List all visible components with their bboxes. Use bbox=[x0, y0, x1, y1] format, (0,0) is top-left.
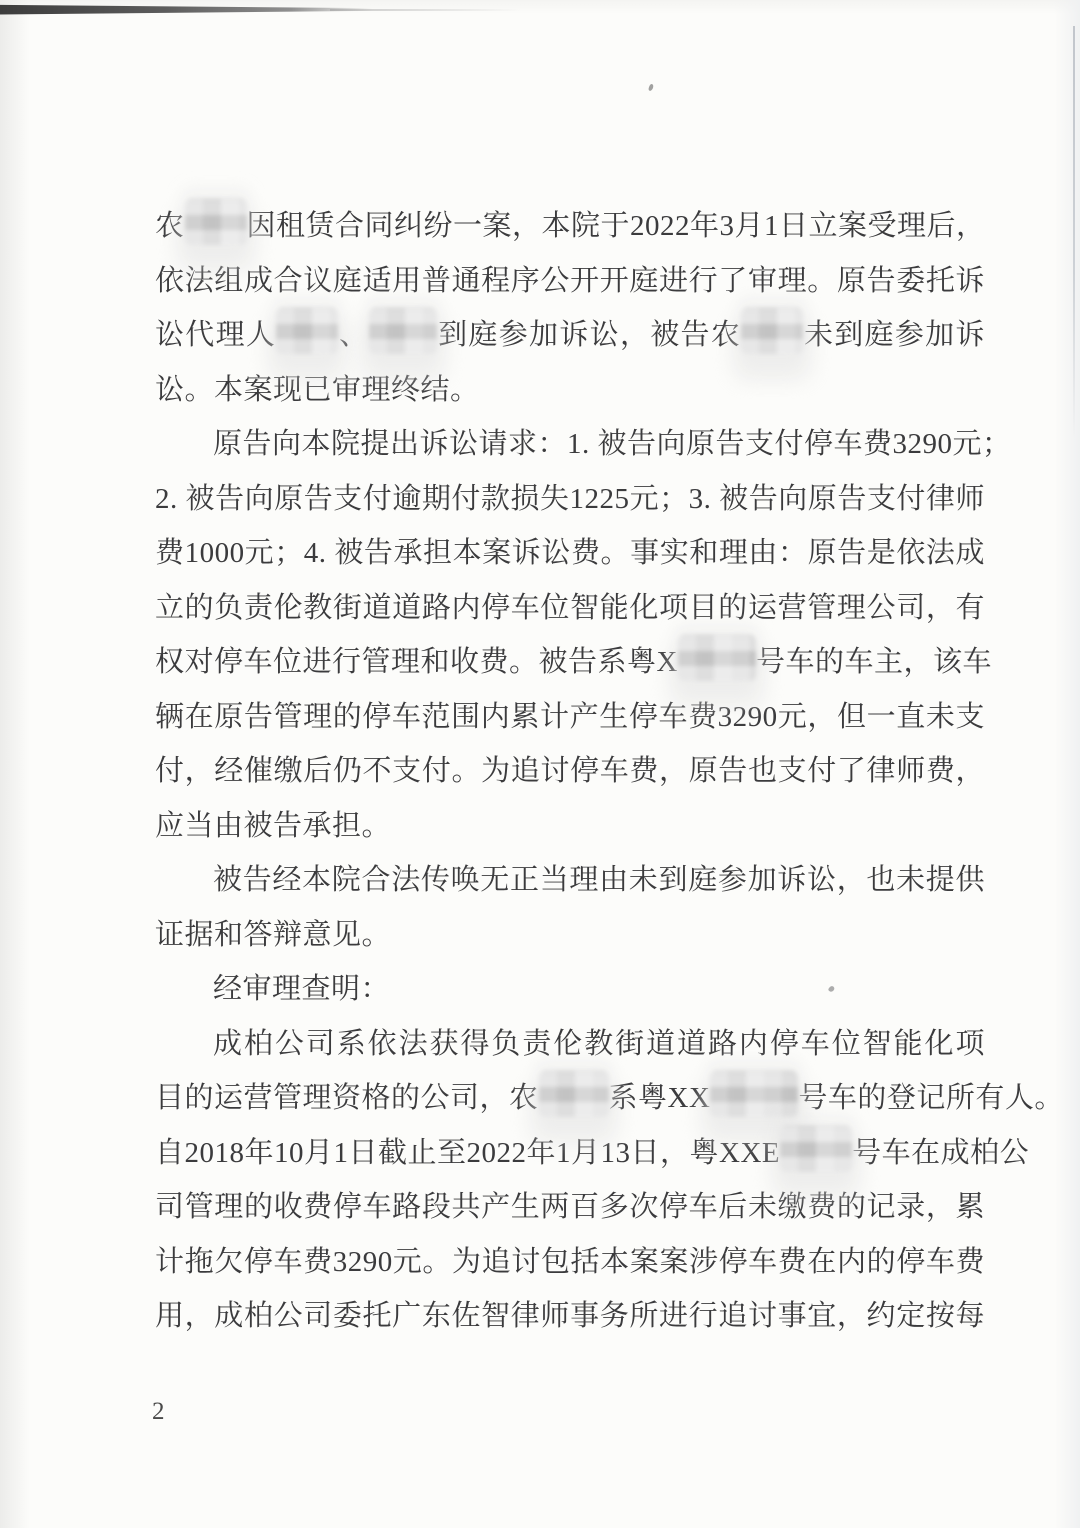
text-segment: 讼。本案现已审理终结。 bbox=[155, 374, 480, 406]
text-segment: 因租赁合同纠纷一案，本院于2022年3月1日立案受理后， bbox=[247, 210, 986, 242]
document-body: 农因租赁合同纠纷一案，本院于2022年3月1日立案受理后，依法组成合议庭适用普通… bbox=[155, 199, 985, 1344]
text-line: 司管理的收费停车路段共产生两百多次停车后未缴费的记录，累 bbox=[155, 1180, 985, 1235]
text-segment: 原告向本院提出诉讼请求：1. 被告向原告支付停车费3290元； bbox=[213, 428, 1012, 460]
text-segment: 权对停车位进行管理和收费。被告系粤X bbox=[155, 646, 678, 678]
text-line: 权对停车位进行管理和收费。被告系粤X号车的车主，该车 bbox=[155, 635, 985, 690]
text-line: 农因租赁合同纠纷一案，本院于2022年3月1日立案受理后， bbox=[155, 199, 985, 254]
text-segment: 依法组成合议庭适用普通程序公开开庭进行了审理。原告委托诉 bbox=[155, 265, 985, 297]
redaction-blur bbox=[780, 1126, 852, 1172]
redaction-blur bbox=[741, 308, 803, 354]
text-segment: 到庭参加诉讼，被告农 bbox=[437, 319, 741, 351]
text-line: 被告经本院合法传唤无正当理由未到庭参加诉讼，也未提供 bbox=[155, 853, 985, 908]
text-segment: 自2018年10月1日截止至2022年1月13日，粤XXE bbox=[155, 1137, 780, 1169]
redaction-blur bbox=[539, 1071, 609, 1117]
text-segment: 辆在原告管理的停车范围内累计产生停车费3290元，但一直未支 bbox=[155, 701, 985, 733]
text-segment: 号车在成柏公 bbox=[852, 1137, 1029, 1169]
text-segment: 农 bbox=[155, 210, 185, 242]
redaction-blur bbox=[710, 1071, 798, 1117]
text-line: 成柏公司系依法获得负责伦教街道道路内停车位智能化项 bbox=[155, 1017, 985, 1072]
text-segment: 成柏公司系依法获得负责伦教街道道路内停车位智能化项 bbox=[213, 1028, 985, 1060]
text-segment: 计拖欠停车费3290元。为追讨包括本案案涉停车费在内的停车费 bbox=[155, 1246, 985, 1278]
text-segment: 被告经本院合法传唤无正当理由未到庭参加诉讼，也未提供 bbox=[213, 864, 985, 896]
redaction-blur bbox=[276, 308, 338, 354]
document-page: 农因租赁合同纠纷一案，本院于2022年3月1日立案受理后，依法组成合议庭适用普通… bbox=[0, 0, 1080, 1528]
text-segment: 目的运营管理资格的公司，农 bbox=[155, 1082, 539, 1114]
text-segment: 讼代理人 bbox=[155, 319, 276, 351]
text-segment: 立的负责伦教街道道路内停车位智能化项目的运营管理公司，有 bbox=[155, 592, 985, 624]
text-segment: 证据和答辩意见。 bbox=[155, 919, 391, 951]
text-line: 证据和答辩意见。 bbox=[155, 908, 985, 963]
text-segment: 付，经催缴后仍不支付。为追讨停车费，原告也支付了律师费， bbox=[155, 755, 985, 787]
text-line: 自2018年10月1日截止至2022年1月13日，粤XXE号车在成柏公 bbox=[155, 1126, 985, 1181]
text-line: 费1000元；4. 被告承担本案诉讼费。事实和理由：原告是依法成 bbox=[155, 526, 985, 581]
redaction-blur bbox=[185, 199, 247, 245]
text-line: 付，经催缴后仍不支付。为追讨停车费，原告也支付了律师费， bbox=[155, 744, 985, 799]
text-line: 辆在原告管理的停车范围内累计产生停车费3290元，但一直未支 bbox=[155, 690, 985, 745]
text-line: 依法组成合议庭适用普通程序公开开庭进行了审理。原告委托诉 bbox=[155, 254, 985, 309]
text-segment: 应当由被告承担。 bbox=[155, 810, 391, 842]
redaction-blur bbox=[369, 308, 437, 354]
text-line: 应当由被告承担。 bbox=[155, 799, 985, 854]
text-segment: 号车的车主，该车 bbox=[756, 646, 992, 678]
page-number: 2 bbox=[152, 1398, 165, 1426]
text-line: 经审理查明： bbox=[155, 962, 985, 1017]
text-segment: 号车的登记所有人。 bbox=[798, 1082, 1064, 1114]
text-line: 用，成柏公司委托广东佐智律师事务所进行追讨事宜，约定按每 bbox=[155, 1289, 985, 1344]
scan-artifact-right-edge-line bbox=[1073, 26, 1075, 438]
text-line: 2. 被告向原告支付逾期付款损失1225元；3. 被告向原告支付律师 bbox=[155, 472, 985, 527]
text-segment: 司管理的收费停车路段共产生两百多次停车后未缴费的记录，累 bbox=[155, 1191, 985, 1223]
text-segment: 未到庭参加诉 bbox=[803, 319, 985, 351]
text-line: 讼代理人、到庭参加诉讼，被告农未到庭参加诉 bbox=[155, 308, 985, 363]
text-segment: 2. 被告向原告支付逾期付款损失1225元；3. 被告向原告支付律师 bbox=[155, 483, 985, 515]
text-line: 立的负责伦教街道道路内停车位智能化项目的运营管理公司，有 bbox=[155, 581, 985, 636]
text-segment: 、 bbox=[338, 319, 369, 351]
scan-artifact-top-line-faint bbox=[330, 9, 520, 11]
text-segment: 经审理查明： bbox=[213, 973, 390, 1005]
text-line: 计拖欠停车费3290元。为追讨包括本案案涉停车费在内的停车费 bbox=[155, 1235, 985, 1290]
text-segment: 系粤XX bbox=[609, 1082, 711, 1114]
text-line: 讼。本案现已审理终结。 bbox=[155, 363, 985, 418]
redaction-blur bbox=[678, 635, 756, 681]
scan-speck bbox=[648, 84, 654, 92]
text-segment: 费1000元；4. 被告承担本案诉讼费。事实和理由：原告是依法成 bbox=[155, 537, 985, 569]
scan-artifact-top-line bbox=[0, 4, 372, 15]
text-line: 原告向本院提出诉讼请求：1. 被告向原告支付停车费3290元； bbox=[155, 417, 985, 472]
text-line: 目的运营管理资格的公司，农系粤XX号车的登记所有人。 bbox=[155, 1071, 985, 1126]
text-segment: 用，成柏公司委托广东佐智律师事务所进行追讨事宜，约定按每 bbox=[155, 1300, 985, 1332]
